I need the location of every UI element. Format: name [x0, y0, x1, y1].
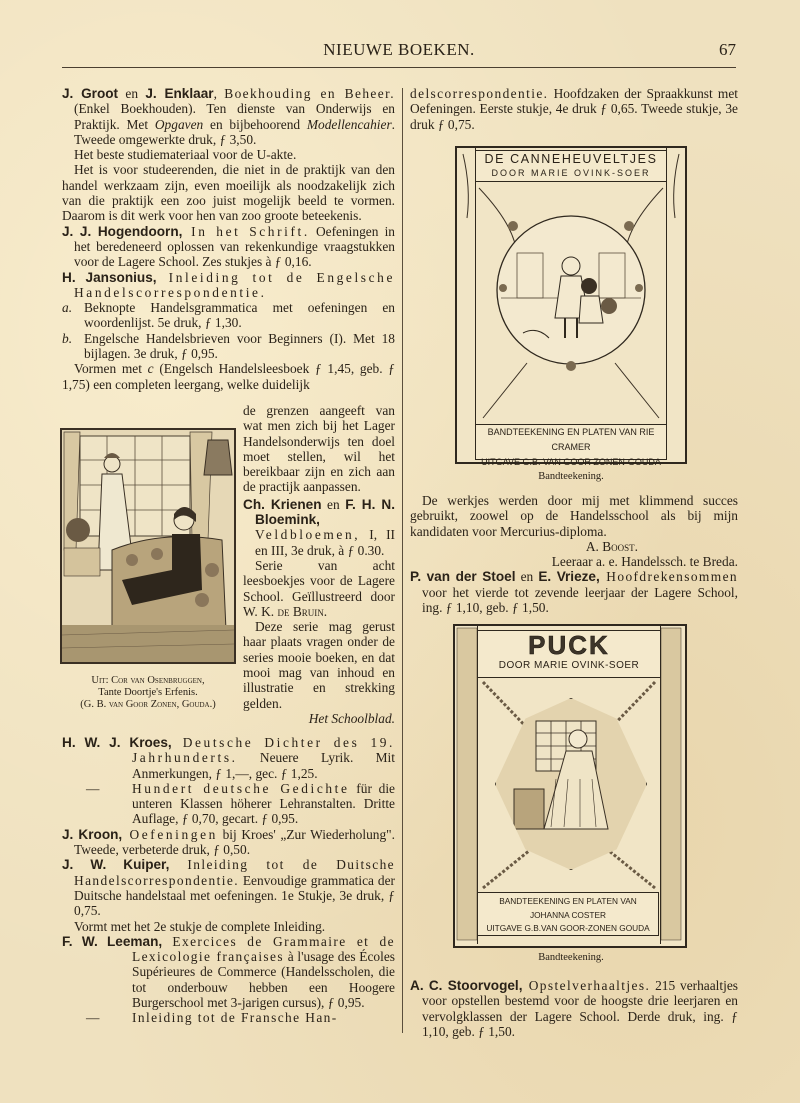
testimonial-quote: De werkjes werden door mij met klimmend …	[410, 493, 738, 539]
cover-footer-band: BANDTEEKENING EN PLATEN VAN RIE CRAMER U…	[475, 424, 667, 460]
caption-line: (G. B. van Goor Zonen, Gouda.)	[58, 699, 238, 711]
author-name: E. Vrieze,	[538, 569, 599, 584]
entry-krienen: Ch. Krienen en F. H. N. Bloemink, Veldbl…	[243, 497, 395, 558]
item-label: a.	[62, 300, 84, 315]
cover-credit: JOHANNA COSTER	[478, 909, 658, 923]
book-title: Veldbloemen,	[255, 527, 360, 542]
italic-term: Modellencahier	[307, 117, 392, 132]
book-title: Boekhouding en Beheer.	[224, 86, 395, 101]
book-title: In het Schrift.	[182, 224, 309, 239]
left-column-lower: H. W. J. Kroes, Deutsche Dichter des 19.…	[62, 735, 395, 1026]
column-divider	[402, 88, 403, 1033]
book-title: Oefeningen	[122, 827, 218, 842]
cover-publisher: UITGAVE G.B.VAN GOOR-ZONEN GOUDA	[478, 922, 658, 936]
conjunction: en	[322, 497, 346, 512]
left-column: J. Groot en J. Enklaar, Boekhouding en B…	[62, 86, 395, 392]
author-name: J. W. Kuiper,	[62, 857, 169, 872]
review-note: Vormen met c (Engelsch Handelsleesboek ƒ…	[62, 361, 395, 392]
illustration-caption: Uit: Cor van Osenbruggen, Tante Doortje'…	[58, 675, 238, 711]
sub-item-a: a.Beknopte Handelsgrammatica met oefenin…	[62, 300, 395, 331]
author-name: Ch. Krienen	[243, 497, 322, 512]
cover-caption: Bandteekening.	[455, 952, 687, 963]
garland-ornament-icon	[457, 148, 685, 462]
testimonial-role: Leeraar a. e. Handelssch. te Breda.	[410, 554, 738, 569]
sub-item-b: b.Engelsche Handelsbrieven voor Beginner…	[62, 331, 395, 362]
right-column: delscorrespondentie. Hoofdzaken der Spra…	[410, 86, 738, 132]
cover-publisher: UITGAVE G.B. VAN GOOR ZONEN-GOUDA	[476, 455, 666, 470]
author-name: P. van der Stoel	[410, 569, 515, 584]
entry-kuiper: J. W. Kuiper, Inleiding tot de Duitsche …	[62, 857, 395, 918]
page-title: NIEUWE BOEKEN.	[62, 40, 736, 60]
author-name: F. W. Leeman,	[62, 934, 162, 949]
author-name: J. Groot	[62, 86, 118, 101]
illustration-tante-doortje	[60, 428, 236, 664]
conjunction: en	[515, 569, 538, 584]
header-rule	[62, 67, 736, 68]
entry-stoel: P. van der Stoel en E. Vrieze, Hoofdreke…	[410, 569, 738, 615]
conjunction: en	[118, 86, 145, 101]
book-title: Inleiding tot de Fransche Han-	[132, 1010, 338, 1025]
entry-kroon: J. Kroon, Oefeningen bij Kroes' „Zur Wie…	[62, 827, 395, 858]
author-name: J. Kroon,	[62, 827, 122, 842]
book-cover-canneheuveltjes: DE CANNEHEUVELTJES DOOR MARIE OVINK-SOER…	[455, 146, 687, 464]
book-description: en bijbehoorend	[203, 117, 307, 132]
item-text: Engelsche Handelsbrieven voor Beginners …	[84, 331, 395, 361]
entry-stoorvogel: A. C. Stoorvogel, Opstelverhaaltjes. 215…	[410, 978, 738, 1039]
entry-leeman: F. W. Leeman, Exercices de Grammaire et …	[62, 934, 395, 1010]
author-name: H. Jansonius,	[62, 270, 157, 285]
cover-footer-band: BANDTEEKENING EN PLATEN VAN JOHANNA COST…	[477, 892, 659, 936]
entry-leeman-continued: delscorrespondentie. Hoofdzaken der Spra…	[410, 86, 738, 132]
cover-caption: Bandteekening.	[455, 471, 687, 482]
review-note: Deze serie mag gerust haar plaats vragen…	[243, 619, 395, 711]
wrapped-text: de grenzen aangeeft van wat men zich bij…	[243, 400, 395, 726]
cover-author: DOOR MARIE OVINK-SOER	[478, 659, 660, 673]
book-title: delscorrespondentie.	[410, 86, 548, 101]
interior-scene-icon	[62, 430, 234, 662]
book-description: voor het vierde tot zevende leerjaar der…	[422, 585, 738, 615]
illustrator-name: de Bruin.	[277, 604, 327, 619]
cover-credit: BANDTEEKENING EN PLATEN VAN	[478, 895, 658, 909]
author-name: A. C. Stoorvogel,	[410, 978, 523, 993]
entry-kroes-2: —Hundert deutsche Gedichte für die unter…	[62, 781, 395, 827]
entry-jansonius: H. Jansonius, Inleiding tot de Engelsche…	[62, 270, 395, 301]
cover-title: PUCK	[478, 631, 660, 659]
author-name: J. Enklaar	[145, 86, 213, 101]
italic-term: Opgaven	[155, 117, 203, 132]
review-note: Serie van acht leesboekjes voor de Lager…	[243, 558, 395, 619]
right-column-middle: De werkjes werden door mij met klimmend …	[410, 493, 738, 615]
cover-title-band: PUCK DOOR MARIE OVINK-SOER	[477, 630, 661, 678]
note-text: Vormen met	[74, 361, 148, 376]
book-title: Hundert deutsche Gedichte	[132, 781, 350, 796]
review-note: de grenzen aangeeft van wat men zich bij…	[243, 403, 395, 495]
book-title: Opstelverhaaltjes.	[523, 978, 651, 993]
caption-line: Tante Doortje's Erfenis.	[58, 687, 238, 699]
book-title: Hoofdrekensommen	[600, 569, 738, 584]
author-name: J. J. Hogendoorn,	[62, 224, 182, 239]
entry-leeman-2: —Inleiding tot de Fransche Han-	[62, 1010, 395, 1025]
testimonial-author: A. Boost.	[410, 539, 738, 554]
entry-kroes: H. W. J. Kroes, Deutsche Dichter des 19.…	[62, 735, 395, 781]
review-note: Het beste studiemateriaal voor de U-akte…	[62, 147, 395, 162]
review-source: Het Schoolblad.	[243, 711, 395, 726]
author-name: H. W. J. Kroes,	[62, 735, 172, 750]
ditto-dash: —	[62, 1010, 132, 1025]
cover-credit: BANDTEEKENING EN PLATEN VAN RIE CRAMER	[476, 425, 666, 455]
item-label: b.	[62, 331, 84, 346]
review-note: Vormt met het 2e stukje de complete Inle…	[62, 919, 395, 934]
item-text: Beknopte Handelsgrammatica met oefeninge…	[84, 300, 395, 330]
entry-groot: J. Groot en J. Enklaar, Boekhouding en B…	[62, 86, 395, 147]
page-number: 67	[719, 40, 736, 60]
caption-line: Uit: Cor van Osenbruggen,	[58, 675, 238, 687]
ditto-dash: —	[62, 781, 132, 796]
right-column-bottom: A. C. Stoorvogel, Opstelverhaaltjes. 215…	[410, 978, 738, 1039]
entry-hogendoorn: J. J. Hogendoorn, In het Schrift. Oefeni…	[62, 224, 395, 270]
review-note: Het is voor studeerenden, die niet in de…	[62, 162, 395, 223]
book-cover-puck: PUCK DOOR MARIE OVINK-SOER BANDTEEKENING…	[453, 624, 687, 948]
page-header: NIEUWE BOEKEN. 67	[62, 40, 736, 68]
